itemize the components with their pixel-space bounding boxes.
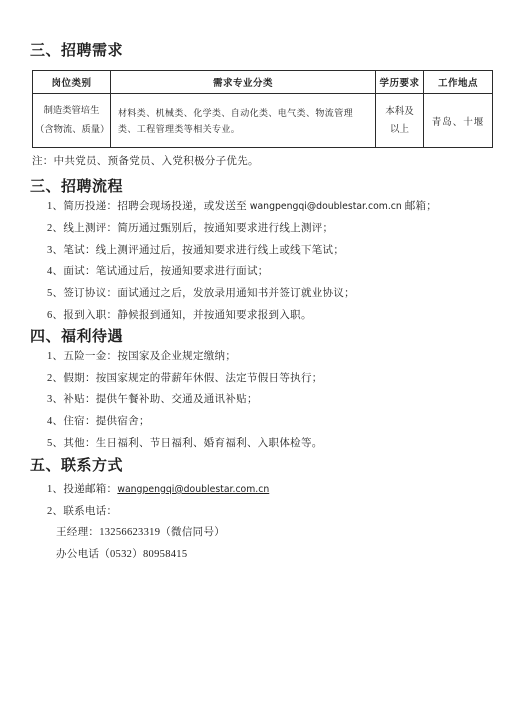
position-line1: 制造类管培生: [35, 102, 108, 121]
process-step: 3、笔试：线上测评通过后，按通知要求进行线上或线下笔试；: [30, 240, 492, 262]
table-cell-position: 制造类管培生 （含物流、质量）: [33, 94, 111, 148]
contact-email-row: 1、投递邮箱：wangpengqi@doublestar.com.cn: [30, 479, 492, 501]
table-cell-location: 青岛、十堰: [424, 94, 493, 148]
process-step: 1、简历投递：招聘会现场投递，或发送至 wangpengqi@doublesta…: [30, 196, 492, 218]
table-header-row: 岗位类别 需求专业分类 学历要求 工作地点: [33, 71, 493, 94]
note-party-preference: 注：中共党员、预备党员、入党积极分子优先。: [32, 155, 492, 168]
process-step: 2、线上测评：简历通过甄别后，按通知要求进行线上测评；: [30, 218, 492, 240]
contact-phone-label: 2、联系电话：: [30, 501, 492, 523]
section-benefits-heading: 四、福利待遇: [30, 329, 492, 345]
section-needs-heading: 三、招聘需求: [30, 43, 492, 59]
benefit-item: 5、其他：生日福利、节日福利、婚育福利、入职体检等。: [30, 433, 492, 455]
table-row: 制造类管培生 （含物流、质量） 材料类、机械类、化学类、自动化类、电气类、物流管…: [33, 94, 493, 148]
process-step: 6、报到入职：静候报到通知，并按通知要求报到入职。: [30, 305, 492, 327]
manager-phone: 王经理：13256623319（微信同号）: [30, 522, 492, 544]
benefit-item: 2、假期：按国家规定的带薪年休假、法定节假日等执行；: [30, 368, 492, 390]
table-cell-education: 本科及以上: [376, 94, 424, 148]
position-line2: （含物流、质量）: [35, 121, 108, 140]
recruitment-table: 岗位类别 需求专业分类 学历要求 工作地点 制造类管培生 （含物流、质量） 材料…: [32, 70, 493, 148]
benefit-item: 3、补贴：提供午餐补助、交通及通讯补贴；: [30, 389, 492, 411]
process-step1-suffix: 邮箱；: [402, 201, 437, 212]
table-header-education: 学历要求: [376, 71, 424, 94]
section-process-heading: 三、招聘流程: [30, 179, 492, 195]
benefit-item: 1、五险一金：按国家及企业规定缴纳；: [30, 346, 492, 368]
table-header-position: 岗位类别: [33, 71, 111, 94]
document-page: 三、招聘需求 岗位类别 需求专业分类 学历要求 工作地点 制造类管培生 （含物流…: [0, 0, 522, 707]
contact-list: 1、投递邮箱：wangpengqi@doublestar.com.cn 2、联系…: [30, 479, 492, 566]
benefit-item: 4、住宿：提供宿舍；: [30, 411, 492, 433]
process-step1-email: wangpengqi@doublestar.com.cn: [250, 201, 402, 212]
table-cell-major: 材料类、机械类、化学类、自动化类、电气类、物流管理类、工程管理类等相关专业。: [111, 94, 376, 148]
process-step: 4、面试：笔试通过后，按通知要求进行面试；: [30, 261, 492, 283]
section-contact-heading: 五、联系方式: [30, 458, 492, 474]
process-step1-prefix: 1、简历投递：招聘会现场投递，或发送至: [47, 201, 250, 212]
process-step: 5、签订协议：面试通过之后，发放录用通知书并签订就业协议；: [30, 283, 492, 305]
benefits-list: 1、五险一金：按国家及企业规定缴纳； 2、假期：按国家规定的带薪年休假、法定节假…: [30, 346, 492, 455]
contact-email-link[interactable]: wangpengqi@doublestar.com.cn: [117, 484, 269, 495]
document-content: 三、招聘需求 岗位类别 需求专业分类 学历要求 工作地点 制造类管培生 （含物流…: [0, 0, 522, 566]
table-header-location: 工作地点: [424, 71, 493, 94]
process-list: 1、简历投递：招聘会现场投递，或发送至 wangpengqi@doublesta…: [30, 196, 492, 327]
office-phone: 办公电话（0532）80958415: [30, 544, 492, 566]
table-header-major: 需求专业分类: [111, 71, 376, 94]
contact-email-label: 1、投递邮箱：: [47, 484, 117, 495]
